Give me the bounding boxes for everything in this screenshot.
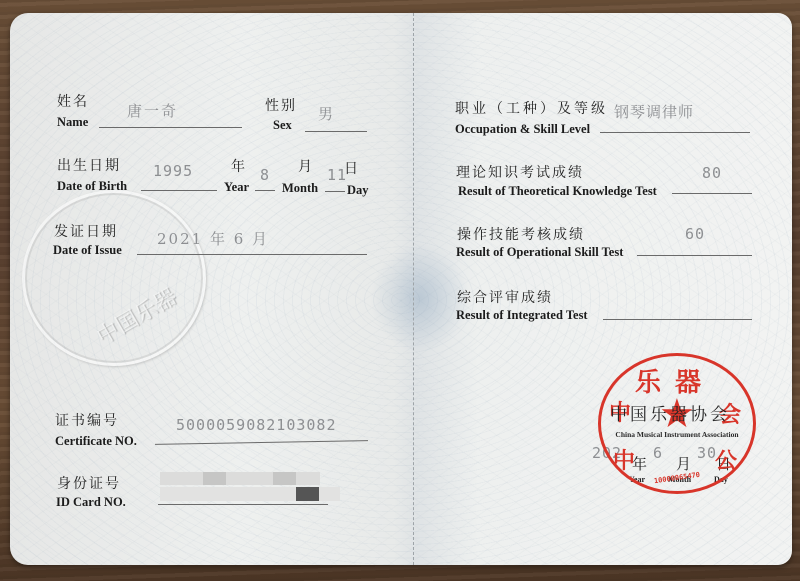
theoretical-label-cn: 理论知识考试成绩 [456, 162, 584, 182]
occupation-label-cn: 职业（工种）及等级 [455, 98, 608, 118]
dob-day-cn: 日 [344, 158, 360, 178]
issue-date-label-cn: 发证日期 [54, 221, 118, 241]
id-card-underline [158, 504, 328, 505]
dob-month-underline [255, 190, 275, 191]
dob-month-en: Month [282, 181, 318, 196]
operational-score-value: 60 [685, 225, 705, 243]
name-underline [99, 127, 242, 128]
dob-year-cn: 年 [231, 156, 247, 176]
dob-month-cn: 月 [298, 156, 314, 176]
issue-date-label-en: Date of Issue [53, 243, 122, 258]
theoretical-label-en: Result of Theoretical Knowledge Test [458, 184, 657, 199]
issue-date-underline [137, 254, 367, 255]
dob-label-en: Date of Birth [57, 179, 127, 194]
occupation-value: 钢琴调律师 [614, 101, 694, 122]
id-card-label-cn: 身份证号 [57, 473, 121, 493]
theoretical-underline [672, 193, 752, 194]
name-label-en: Name [57, 115, 88, 130]
operational-label-cn: 操作技能考核成绩 [457, 224, 585, 244]
id-card-label-en: ID Card NO. [56, 495, 126, 510]
theoretical-score-value: 80 [702, 164, 722, 182]
dob-day-en: Day [347, 183, 369, 198]
integrated-label-en: Result of Integrated Test [456, 308, 588, 323]
occupation-label-en: Occupation & Skill Level [455, 122, 590, 137]
occupation-underline [600, 132, 750, 133]
dob-year-underline [141, 190, 217, 191]
dob-year-en: Year [224, 180, 249, 195]
operational-label-en: Result of Operational Skill Test [456, 245, 623, 260]
dob-year-value: 1995 [153, 162, 193, 180]
certificate-no-label-cn: 证书编号 [55, 410, 119, 430]
integrated-underline [603, 319, 752, 320]
association-name-cn: 中国乐器协会 [610, 400, 730, 425]
dob-month-value: 8 [260, 166, 270, 184]
sex-value: 男 [318, 103, 335, 124]
sex-label-en: Sex [273, 118, 292, 133]
name-value: 唐一奇 [127, 100, 178, 121]
dob-label-cn: 出生日期 [57, 155, 121, 175]
name-label-cn: 姓名 [57, 91, 89, 111]
stamp-left-char-2: 中 [613, 444, 635, 475]
certificate-no-value: 5000059082103082 [176, 416, 337, 434]
center-hologram [370, 243, 470, 353]
integrated-label-cn: 综合评审成绩 [457, 287, 553, 307]
sex-label-cn: 性别 [265, 95, 297, 115]
sex-underline [305, 131, 367, 132]
booklet-spine-stitching [413, 13, 414, 565]
certificate-no-label-en: Certificate NO. [55, 434, 137, 449]
operational-underline [637, 255, 752, 256]
stamp-org-english: China Musical Instrument Association [603, 430, 751, 439]
dob-day-underline [325, 191, 345, 192]
issue-date-value: 2021 年 6 月 [157, 228, 269, 249]
